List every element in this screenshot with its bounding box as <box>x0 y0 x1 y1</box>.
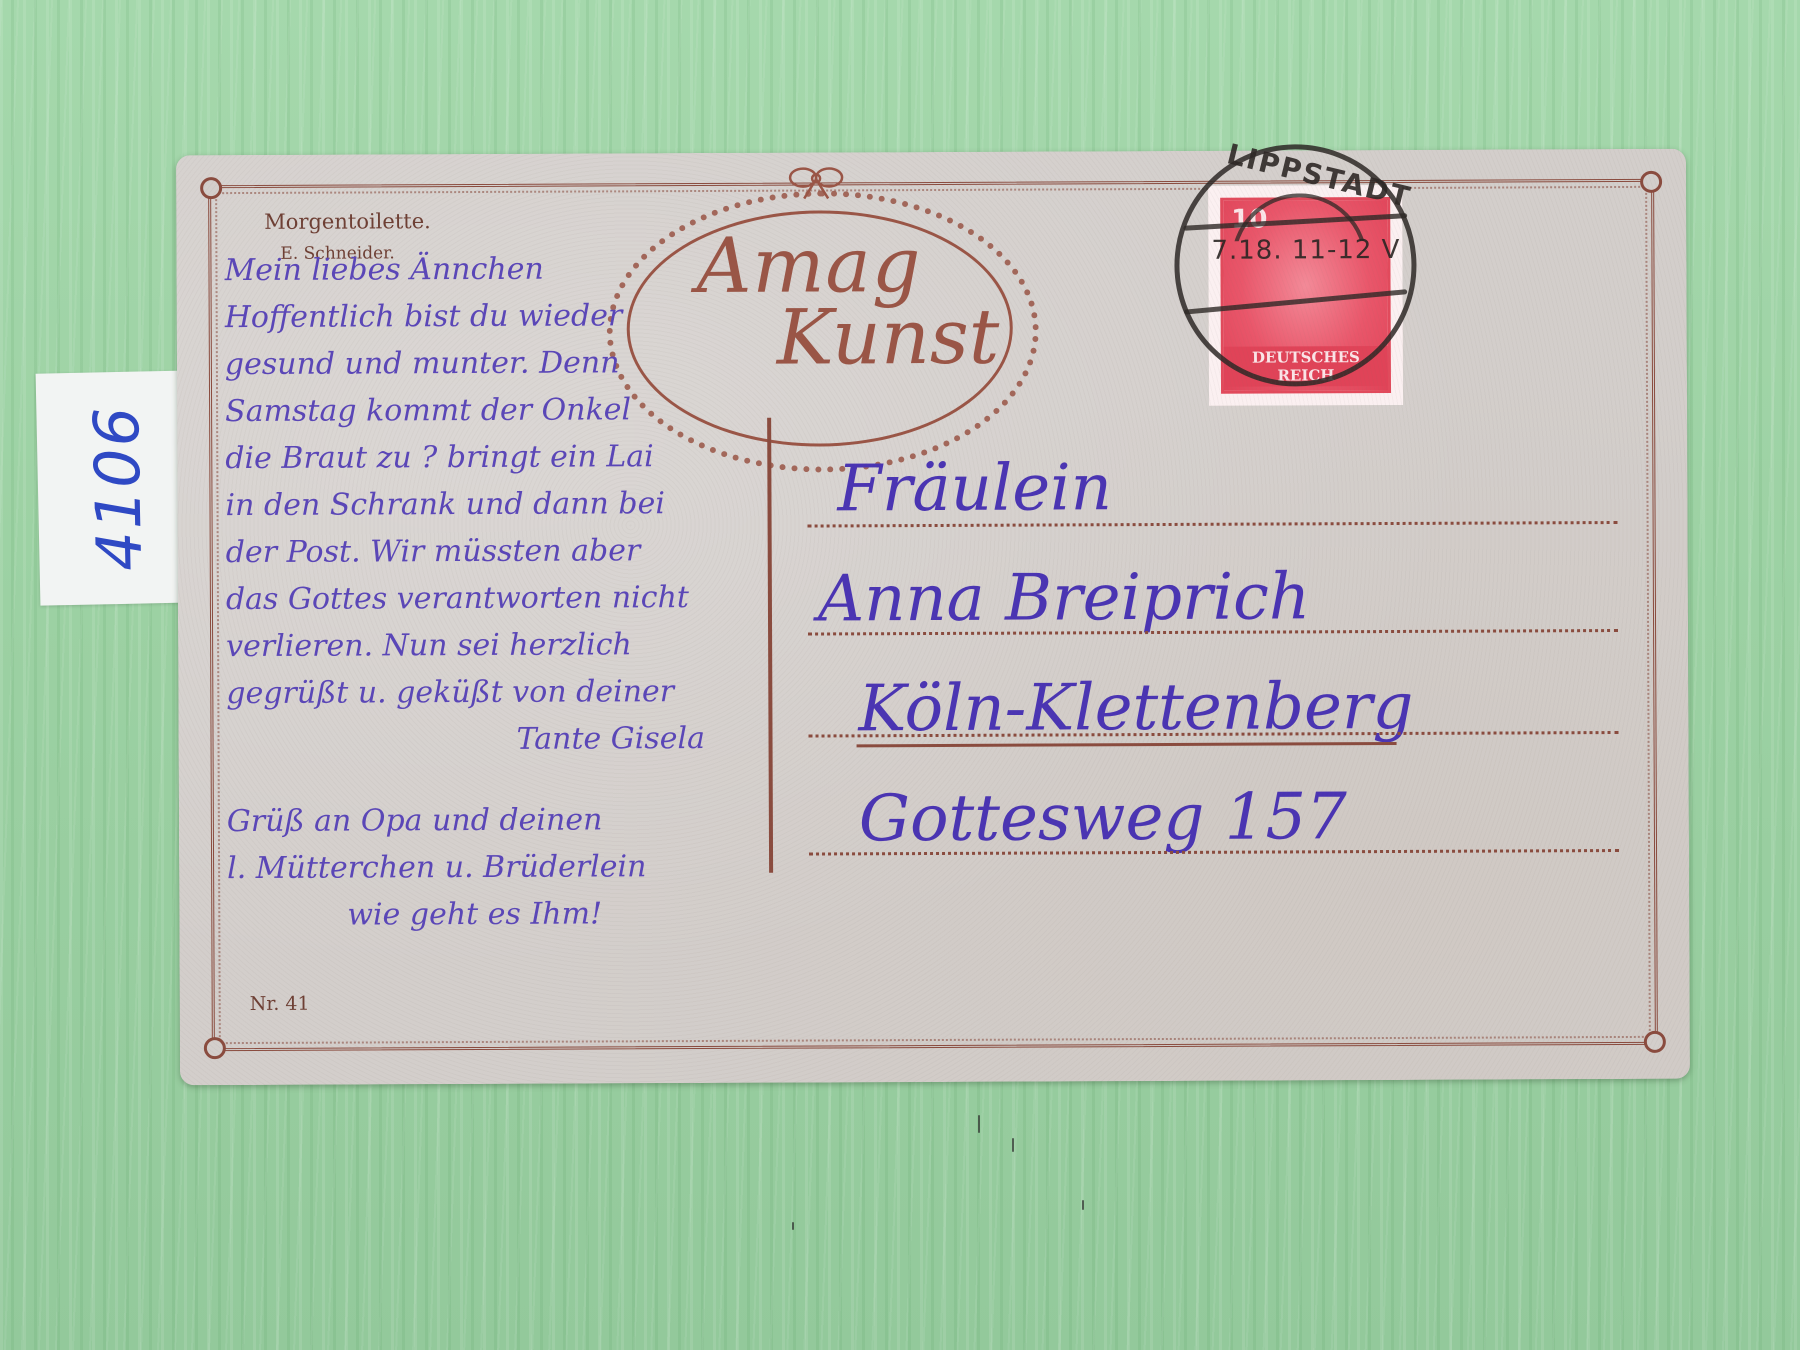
message-line: die Braut zu ? bringt ein Lai <box>225 433 765 482</box>
postcard: Morgentoilette. E. Schneider. Nr. 41 Ama… <box>176 149 1690 1086</box>
border-corner-ornament <box>200 177 222 199</box>
message-line: Hoffentlich bist du wieder <box>225 292 765 341</box>
surface-speck <box>1012 1138 1014 1152</box>
series-number: Nr. 41 <box>250 993 310 1015</box>
index-label-card: 4106 <box>36 370 201 605</box>
address-street: Gottesweg 157 <box>859 780 1347 856</box>
address-salutation: Fräulein <box>837 451 1112 526</box>
message-line: der Post. Wir müssten aber <box>226 527 766 576</box>
postmark-date: 7.18. 11-12 V <box>1211 235 1400 266</box>
postmark-cancellation: LIPPSTADT 7.18. 11-12 V <box>1174 144 1417 387</box>
message-line: gesund und munter. Denn <box>225 339 765 388</box>
postmark-bar <box>1184 289 1408 314</box>
card-title: Morgentoilette. <box>264 209 431 234</box>
logo-text-kunst: Kunst <box>777 292 1000 382</box>
message-line: Samstag kommt der Onkel <box>225 386 765 435</box>
handwritten-message: Mein liebes Ännchen Hoffentlich bist du … <box>224 245 767 939</box>
index-number: 4106 <box>80 404 156 571</box>
surface-speck <box>792 1222 794 1230</box>
address-name: Anna Breiprich <box>818 560 1311 636</box>
message-line: verlieren. Nun sei herzlich <box>226 621 766 670</box>
surface-speck <box>1082 1200 1084 1210</box>
message-line: das Gottes verantworten nicht <box>226 574 766 623</box>
border-corner-ornament <box>204 1037 226 1059</box>
bow-ornament-icon <box>786 164 846 200</box>
message-line: Mein liebes Ännchen <box>224 245 764 294</box>
postscript-line: l. Mütterchen u. Brüderlein <box>227 843 767 892</box>
border-corner-ornament <box>1644 1031 1666 1053</box>
surface-speck <box>978 1115 980 1133</box>
message-line: in den Schrank und dann bei <box>225 480 765 529</box>
border-corner-ornament <box>1640 171 1662 193</box>
postscript-line: wie geht es Ihm! <box>227 890 767 939</box>
message-signoff: Tante Gisela <box>226 715 766 764</box>
postscript-line: Grüß an Opa und deinen <box>227 796 767 845</box>
message-line: gegrüßt u. geküßt von deiner <box>226 668 766 717</box>
